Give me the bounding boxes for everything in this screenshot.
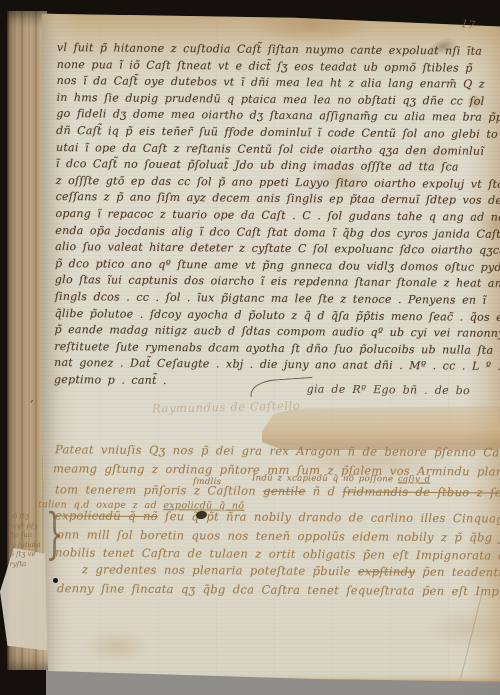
margin-note: nõ ſtʒexyº p̃ſʒſta ſuaſy ſubatap̃ ſtʒ ve…	[9, 512, 48, 570]
line-text: ñ d	[306, 484, 343, 498]
struck-text: expolicadũ q̃ nõ	[55, 508, 158, 523]
line-text: ſeu q̃ p̃t ñra nobily	[158, 509, 299, 524]
margin-brace: }	[45, 503, 63, 566]
manuscript-photo: 17 vl fuit p̃ hitanone z cuſtodia Caſt̃ …	[0, 0, 500, 695]
folio-number: 17	[460, 17, 476, 32]
margin-mark: ’	[30, 398, 34, 411]
text-layer: 17 vl fuit p̃ hitanone z cuſtodia Caſt̃ …	[0, 0, 500, 695]
line-text: p̃en teadentis eide nobly	[415, 565, 500, 580]
second-block-line: denny ſine ſincata qʒ q̃bg dca Caſtra te…	[57, 581, 500, 599]
interlinear-text: Indũ z xcapiedũ q̃ nõ poſſone	[252, 473, 398, 484]
struck-text: ſridmandis de ſtbuo z ſentia	[342, 484, 500, 499]
faded-inscription: Raymundus de Caſtello	[152, 398, 301, 415]
second-block-line: tom tenerem pñſoris z Caſtilon gentile ñ…	[55, 482, 500, 499]
second-block-line: nobilis tenet Caſtra de tulaen z ortit o…	[55, 545, 500, 562]
margin-note-line: ryſta	[9, 559, 47, 569]
second-block-line: onn mill ſol boretin quos nos teneñ oppo…	[57, 527, 500, 544]
second-block-line: z gredentes nos plenaria poteſtate p̃bui…	[82, 562, 500, 579]
struck-text: expſtindy	[358, 564, 415, 578]
interlinear-underlined: caſiy d	[398, 474, 430, 484]
wormhole	[53, 578, 58, 583]
line-text: z gredentes nos plenaria poteſtate p̃bui…	[82, 562, 358, 578]
second-block-line: expolicadũ q̃ nõ ſeu q̃ p̃t ñra nobily d…	[55, 508, 500, 525]
second-block-line: Pateat vniuſis Qʒ nos p̃ dei gra rex Ara…	[55, 442, 500, 459]
line-text: tom tenerem pñſoris z Caſtilon	[55, 482, 263, 497]
main-text-block: vl fuit p̃ hitanone z cuſtodia Caſt̃ ſiſ…	[54, 40, 473, 392]
struck-text: gentile	[263, 484, 306, 498]
notarial-subscription: gia de Rº Ego bñ . de bo	[246, 382, 470, 397]
line-text: drando de carlino illes Cinquagĩta	[298, 510, 500, 526]
